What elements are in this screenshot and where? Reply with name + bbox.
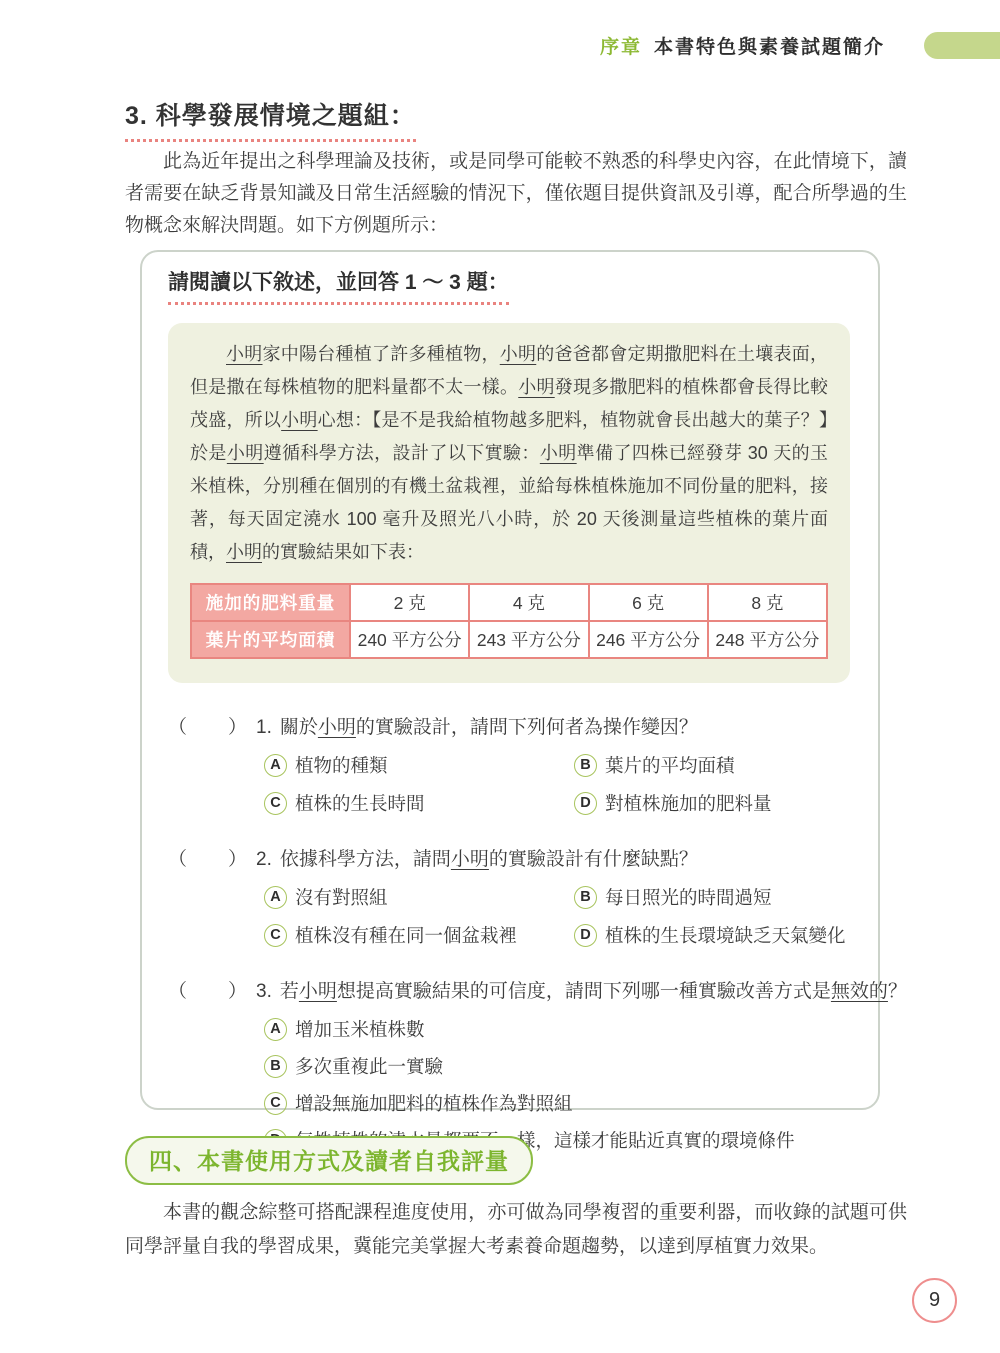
option-letter-circle: A <box>264 754 287 777</box>
experiment-result-table: 施加的肥料重量 2 克 4 克 6 克 8 克 葉片的平均面積 240 平方公分… <box>190 583 828 659</box>
table-cell: 8 克 <box>708 584 827 621</box>
option-text: 葉片的平均面積 <box>605 752 735 778</box>
table-row-header: 施加的肥料重量 <box>191 584 350 621</box>
text-segment: 的實驗結果如下表： <box>262 542 424 562</box>
example-question-box: 請閱讀以下敘述，並回答 1 ～ 3 題： 小明家中陽台種植了許多種植物，小明的爸… <box>140 250 880 1110</box>
option-letter-circle: B <box>574 886 597 909</box>
text-segment: 的實驗設計有什麼缺點？ <box>489 849 698 870</box>
option-letter-circle: C <box>264 1092 287 1115</box>
underlined-term: 小明 <box>518 377 554 397</box>
option-letter-circle: A <box>264 886 287 909</box>
section-intro-paragraph: 此為近年提出之科學理論及技術，或是同學可能較不熟悉的科學史內容，在此情境下，讀者… <box>125 146 907 242</box>
text-segment: 的實驗設計，請問下列何者為操作變因？ <box>356 717 698 738</box>
table-cell: 6 克 <box>589 584 708 621</box>
option-text: 沒有對照組 <box>295 884 388 910</box>
question-number: 2. <box>256 849 272 870</box>
option-b: B 多次重複此一實驗 <box>264 1053 850 1079</box>
table-cell: 2 克 <box>350 584 469 621</box>
section-heading: 3. 科學發展情境之題組： <box>125 96 416 142</box>
book-page: 序章 本書特色與素養試題簡介 3. 科學發展情境之題組： 此為近年提出之科學理論… <box>0 0 1000 1353</box>
footer-paragraph: 本書的觀念綜整可搭配課程進度使用，亦可做為同學複習的重要利器，而收錄的試題可供同… <box>125 1196 907 1264</box>
option-text: 植株的生長環境缺乏天氣變化 <box>605 922 846 948</box>
table-cell: 4 克 <box>469 584 588 621</box>
question-number: 3. <box>256 981 272 1002</box>
table-cell: 248 平方公分 <box>708 621 827 658</box>
question-number: 1. <box>256 717 272 738</box>
question-2: （ ）2.依據科學方法，請問小明的實驗設計有什麼缺點？ A 沒有對照組 B 每日… <box>168 845 850 948</box>
table-cell: 246 平方公分 <box>589 621 708 658</box>
table-row-header: 葉片的平均面積 <box>191 621 350 658</box>
underlined-term: 小明 <box>451 849 489 870</box>
underlined-term: 小明 <box>226 542 262 562</box>
option-letter-circle: C <box>264 924 287 947</box>
underlined-term: 小明 <box>226 344 263 364</box>
question-1: （ ）1.關於小明的實驗設計，請問下列何者為操作變因？ A 植物的種類 B 葉片… <box>168 713 850 816</box>
underlined-term: 小明 <box>281 410 317 430</box>
text-segment: 遵循科學方法，設計了以下實驗： <box>264 443 540 463</box>
table-row: 施加的肥料重量 2 克 4 克 6 克 8 克 <box>191 584 827 621</box>
option-text: 對植株施加的肥料量 <box>605 790 772 816</box>
option-d: D 對植株施加的肥料量 <box>574 790 850 816</box>
text-segment: 關於 <box>280 717 318 738</box>
question-2-stem: （ ）2.依據科學方法，請問小明的實驗設計有什麼缺點？ <box>168 845 850 875</box>
option-letter-circle: B <box>264 1055 287 1078</box>
question-1-options: A 植物的種類 B 葉片的平均面積 C 植株的生長時間 D 對植株施加的肥料量 <box>264 752 850 816</box>
option-b: B 葉片的平均面積 <box>574 752 850 778</box>
option-text: 植株的生長時間 <box>295 790 425 816</box>
table-cell: 240 平方公分 <box>350 621 469 658</box>
question-2-options: A 沒有對照組 B 每日照光的時間過短 C 植株沒有種在同一個盆栽裡 D 植株的… <box>264 884 850 948</box>
option-text: 植物的種類 <box>295 752 388 778</box>
option-c: C 植株沒有種在同一個盆栽裡 <box>264 922 574 948</box>
example-box-title-text: 請閱讀以下敘述，並回答 1 ～ 3 題： <box>168 266 509 305</box>
question-text: 依據科學方法，請問小明的實驗設計有什麼缺點？ <box>280 849 698 870</box>
question-3: （ ）3.若小明想提高實驗結果的可信度，請問下列哪一種實驗改善方式是無效的？ A… <box>168 977 850 1153</box>
example-box-title: 請閱讀以下敘述，並回答 1 ～ 3 題： <box>168 266 850 305</box>
option-a: A 增加玉米植株數 <box>264 1016 850 1042</box>
chapter-title: 本書特色與素養試題簡介 <box>654 32 885 59</box>
question-1-stem: （ ）1.關於小明的實驗設計，請問下列何者為操作變因？ <box>168 713 850 743</box>
option-text: 多次重複此一實驗 <box>295 1053 443 1079</box>
option-letter-circle: D <box>574 792 597 815</box>
page-number: 9 <box>929 1289 940 1312</box>
footer-heading-pill: 四、本書使用方式及讀者自我評量 <box>125 1136 533 1185</box>
option-c: C 增設無施加肥料的植株作為對照組 <box>264 1090 850 1116</box>
question-text: 關於小明的實驗設計，請問下列何者為操作變因？ <box>280 717 698 738</box>
option-a: A 植物的種類 <box>264 752 574 778</box>
option-text: 增設無施加肥料的植株作為對照組 <box>295 1090 573 1116</box>
answer-blank: （ ） <box>168 981 248 1002</box>
underlined-term: 無效的 <box>831 981 888 1002</box>
question-list: （ ）1.關於小明的實驗設計，請問下列何者為操作變因？ A 植物的種類 B 葉片… <box>168 713 850 1153</box>
reading-passage: 小明家中陽台種植了許多種植物，小明的爸爸都會定期撒肥料在土壤表面，但是撒在每株植… <box>190 338 828 569</box>
page-number-badge: 9 <box>912 1278 957 1323</box>
question-3-options: A 增加玉米植株數 B 多次重複此一實驗 C 增設無施加肥料的植株作為對照組 D… <box>264 1016 850 1153</box>
text-segment: 若 <box>280 981 299 1002</box>
text-segment: 家中陽台種植了許多種植物， <box>263 344 500 364</box>
underlined-term: 小明 <box>318 717 356 738</box>
option-letter-circle: D <box>574 924 597 947</box>
option-text: 每日照光的時間過短 <box>605 884 772 910</box>
option-letter-circle: C <box>264 792 287 815</box>
underlined-term: 小明 <box>540 443 577 463</box>
option-text: 增加玉米植株數 <box>295 1016 425 1042</box>
option-a: A 沒有對照組 <box>264 884 574 910</box>
answer-blank: （ ） <box>168 849 248 870</box>
footer-section-heading: 四、本書使用方式及讀者自我評量 <box>125 1136 533 1185</box>
header-accent-pill <box>924 32 1000 59</box>
chapter-label: 序章 <box>600 32 642 59</box>
reading-passage-panel: 小明家中陽台種植了許多種植物，小明的爸爸都會定期撒肥料在土壤表面，但是撒在每株植… <box>168 323 850 683</box>
question-3-stem: （ ）3.若小明想提高實驗結果的可信度，請問下列哪一種實驗改善方式是無效的？ <box>168 977 850 1007</box>
section-heading-text: 3. 科學發展情境之題組： <box>125 96 416 142</box>
option-d: D 植株的生長環境缺乏天氣變化 <box>574 922 850 948</box>
option-text: 植株沒有種在同一個盆栽裡 <box>295 922 517 948</box>
option-b: B 每日照光的時間過短 <box>574 884 850 910</box>
underlined-term: 小明 <box>500 344 537 364</box>
text-segment: 想提高實驗結果的可信度，請問下列哪一種實驗改善方式是 <box>337 981 831 1002</box>
option-letter-circle: A <box>264 1018 287 1041</box>
underlined-term: 小明 <box>299 981 337 1002</box>
table-cell: 243 平方公分 <box>469 621 588 658</box>
table-row: 葉片的平均面積 240 平方公分 243 平方公分 246 平方公分 248 平… <box>191 621 827 658</box>
question-text: 若小明想提高實驗結果的可信度，請問下列哪一種實驗改善方式是無效的？ <box>280 981 907 1002</box>
underlined-term: 小明 <box>227 443 264 463</box>
text-segment: 依據科學方法，請問 <box>280 849 451 870</box>
answer-blank: （ ） <box>168 717 248 738</box>
option-letter-circle: B <box>574 754 597 777</box>
text-segment: ？ <box>888 981 907 1002</box>
running-head: 序章 本書特色與素養試題簡介 <box>0 30 1000 64</box>
option-c: C 植株的生長時間 <box>264 790 574 816</box>
